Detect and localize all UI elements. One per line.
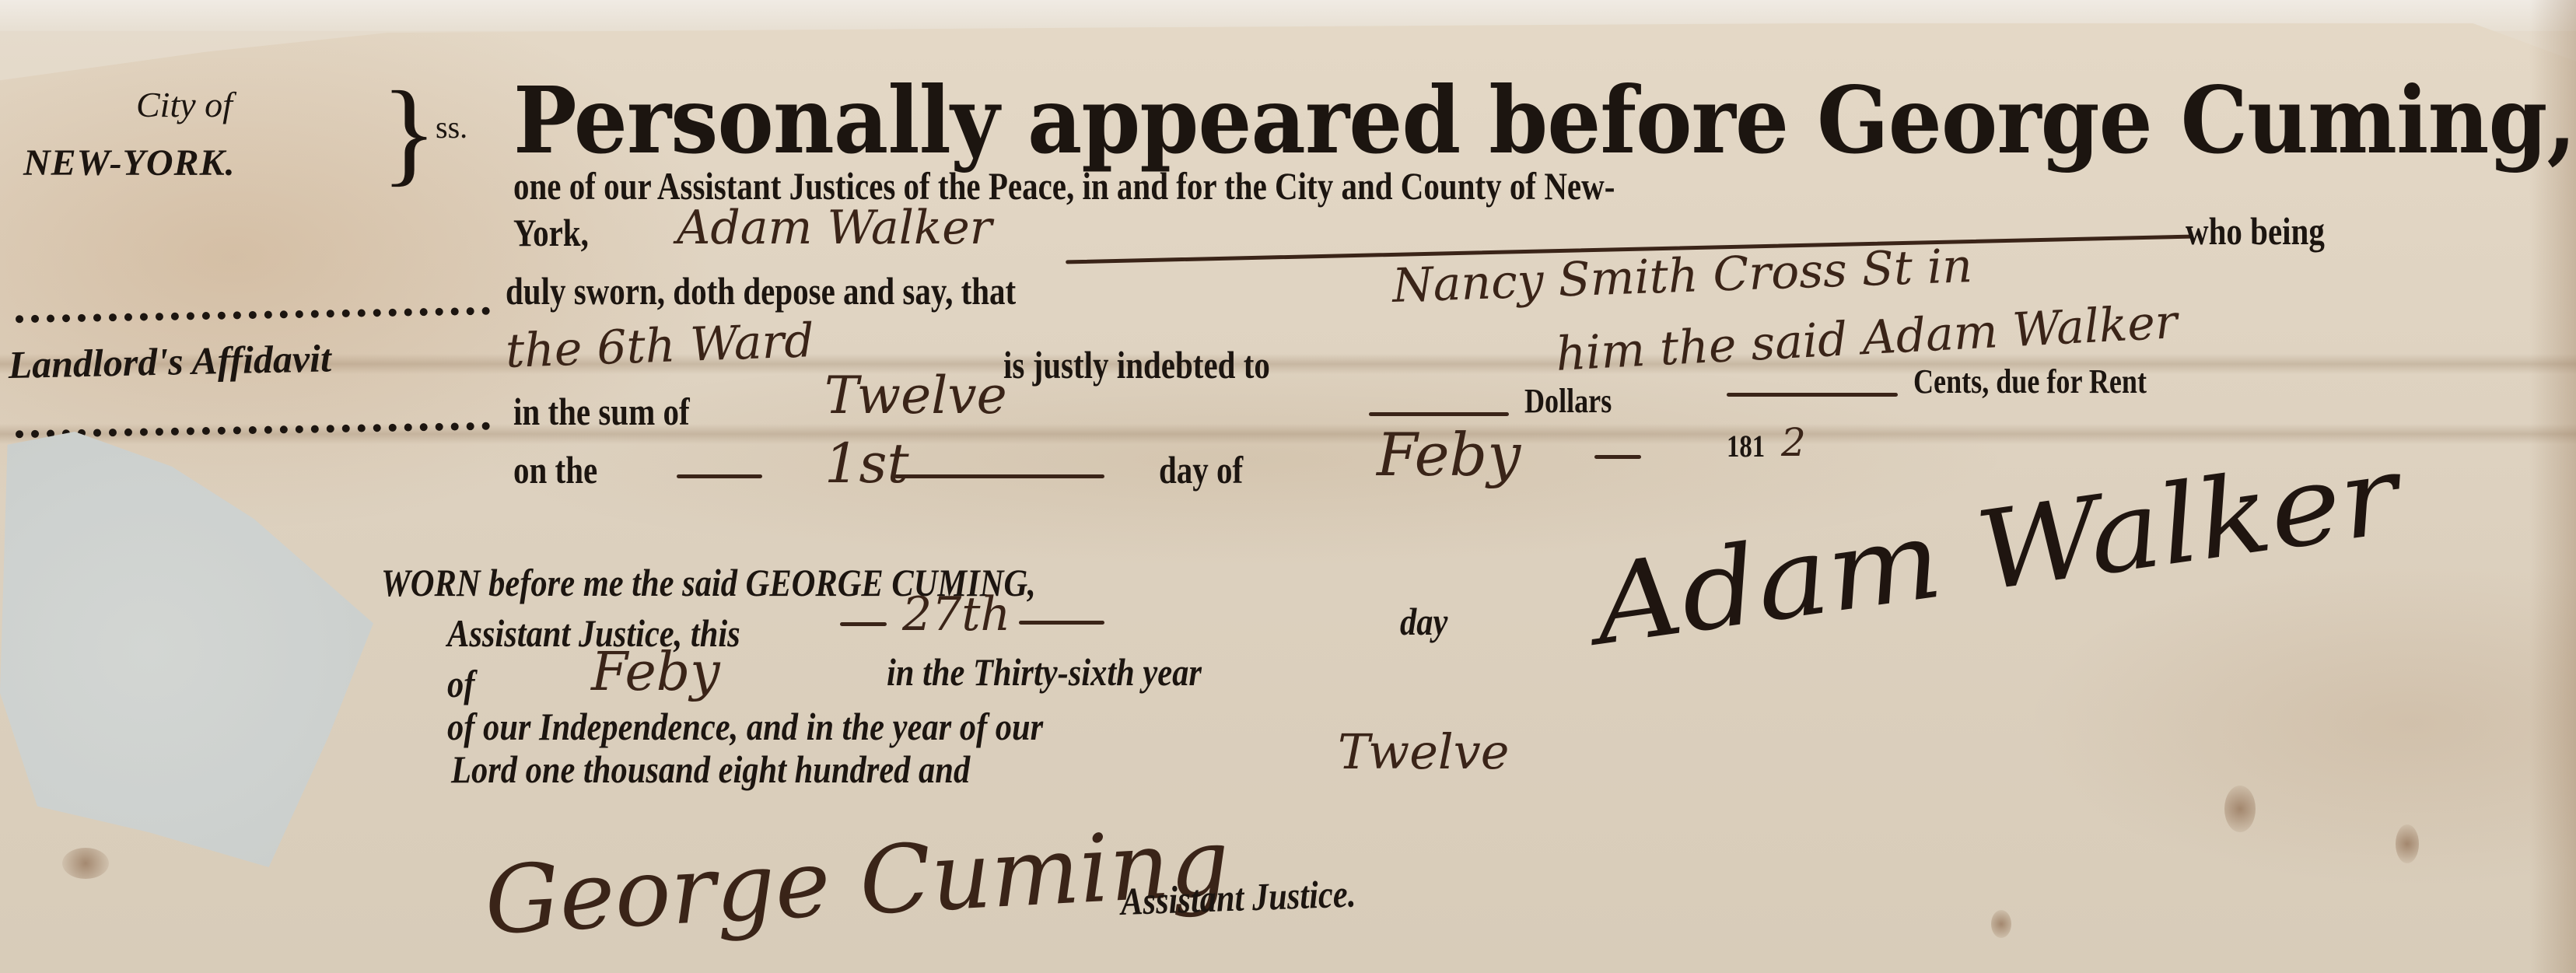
fill-stroke (1019, 621, 1104, 625)
landlords-affidavit-label: Landlord's Affidavit (8, 335, 331, 387)
deposition-line-3-prefix: duly sworn, doth depose and say, that (506, 268, 1016, 313)
fill-stroke (894, 474, 1104, 478)
fold-crease (0, 354, 2576, 374)
fill-stroke (1369, 412, 1509, 416)
fill-stroke (840, 622, 887, 626)
jurat-line-5-prefix: Lord one thousand eight hundred and (451, 747, 970, 792)
amount-handwritten: Twelve (824, 366, 1007, 425)
due-day-handwritten: 1st (824, 432, 909, 495)
ward-handwritten: the 6th Ward (505, 313, 815, 379)
sworn-day-handwritten: 27th (902, 587, 1010, 642)
jurisdiction-city-of: City of (136, 84, 233, 125)
year-words-handwritten: Twelve (1338, 723, 1509, 780)
brace-symbol: } (381, 86, 437, 179)
deposition-line-2-prefix: York, (513, 210, 589, 255)
due-month-handwritten: Feby (1377, 420, 1521, 489)
cents-due-for-rent-label: Cents, due for Rent (1913, 362, 2147, 401)
jurisdiction-new-york: NEW-YORK. (23, 142, 236, 184)
headline: Personally appeared before George Cuming… (513, 66, 2575, 174)
year-printed: 181 (1727, 428, 1765, 464)
year-digit-handwritten: 2 (1781, 420, 1806, 465)
ss-abbreviation: ss. (436, 109, 467, 145)
justice-title: Assistant Justice. (1120, 870, 1356, 924)
stain (1991, 910, 2011, 938)
deposition-line-5-prefix: in the sum of (513, 389, 690, 434)
jurat-line-2-suffix: day (1400, 599, 1447, 644)
jurat-line-3-prefix: of (447, 661, 474, 706)
day-of-label: day of (1159, 447, 1243, 492)
fill-stroke (1594, 455, 1641, 459)
jurat-line-3-suffix: in the Thirty-sixth year (887, 649, 1202, 695)
deposition-line-2-suffix: who being (2186, 208, 2325, 254)
deposition-line-6-prefix: on the (513, 447, 597, 492)
deponent-name-handwritten: Adam Walker (677, 201, 992, 255)
jurat-line-4: of our Independence, and in the year of … (447, 704, 1043, 749)
fill-stroke (1727, 393, 1898, 397)
fill-stroke (677, 474, 762, 478)
stain (2224, 786, 2256, 832)
deposition-line-4-middle: is justly indebted to (1003, 342, 1270, 387)
stain (2396, 824, 2419, 863)
sworn-month-handwritten: Feby (591, 642, 720, 703)
stain (62, 848, 109, 879)
dollars-label: Dollars (1524, 381, 1612, 421)
